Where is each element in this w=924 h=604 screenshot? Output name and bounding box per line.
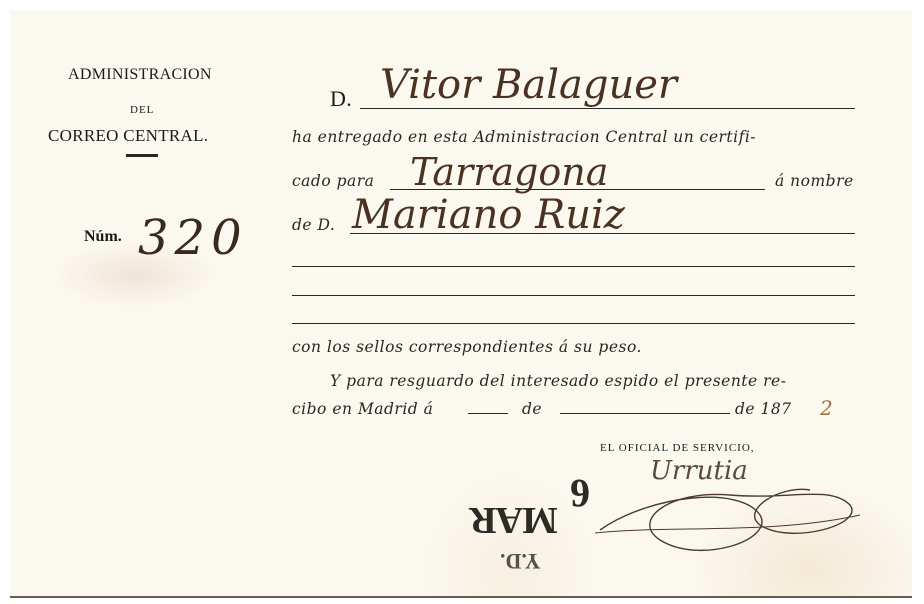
sender-name: Vitor Balaguer — [380, 62, 677, 108]
blank-line-3 — [292, 323, 855, 324]
signature-flourish-icon — [590, 455, 870, 565]
number-label: Núm. — [84, 228, 122, 246]
header-administracion: ADMINISTRACION — [68, 66, 212, 84]
sender-line — [360, 108, 855, 109]
body-de-d: de D. — [292, 216, 335, 234]
recipient-line — [350, 233, 855, 234]
body-a-nombre: á nombre — [775, 172, 854, 190]
body-resguardo: Y para resguardo del interesado espido e… — [330, 372, 786, 390]
header-correo-central: CORREO CENTRAL. — [48, 126, 208, 146]
month-blank-line — [560, 413, 730, 414]
blank-line-2 — [292, 295, 855, 296]
prefix-d: D. — [330, 86, 352, 112]
recipient-name: Mariano Ruiz — [352, 192, 625, 238]
blank-line-1 — [292, 266, 855, 267]
header-underline — [126, 154, 158, 157]
day-blank-line — [468, 413, 508, 414]
body-de: de — [522, 400, 542, 418]
body-madrid: cibo en Madrid á — [292, 400, 433, 418]
number-value: 320 — [138, 210, 248, 266]
body-de-187: de 187 — [735, 400, 792, 418]
destination-name: Tarragona — [410, 150, 608, 194]
body-cado-para: cado para — [292, 172, 374, 190]
postmark-stamp: MAR 6 Y.D. — [460, 470, 620, 580]
body-sellos: con los sellos correspondientes á su pes… — [292, 338, 642, 356]
header-del: DEL — [130, 104, 154, 116]
postmark-month: MAR — [470, 498, 558, 542]
body-line-entregado: ha entregado en esta Administracion Cent… — [292, 128, 756, 146]
postmark-sub: Y.D. — [500, 548, 541, 574]
signature-title: EL OFICIAL DE SERVICIO, — [600, 442, 755, 454]
year-digit: 2 — [820, 396, 833, 420]
postmark-day: 6 — [570, 470, 590, 517]
destination-line — [390, 189, 765, 190]
